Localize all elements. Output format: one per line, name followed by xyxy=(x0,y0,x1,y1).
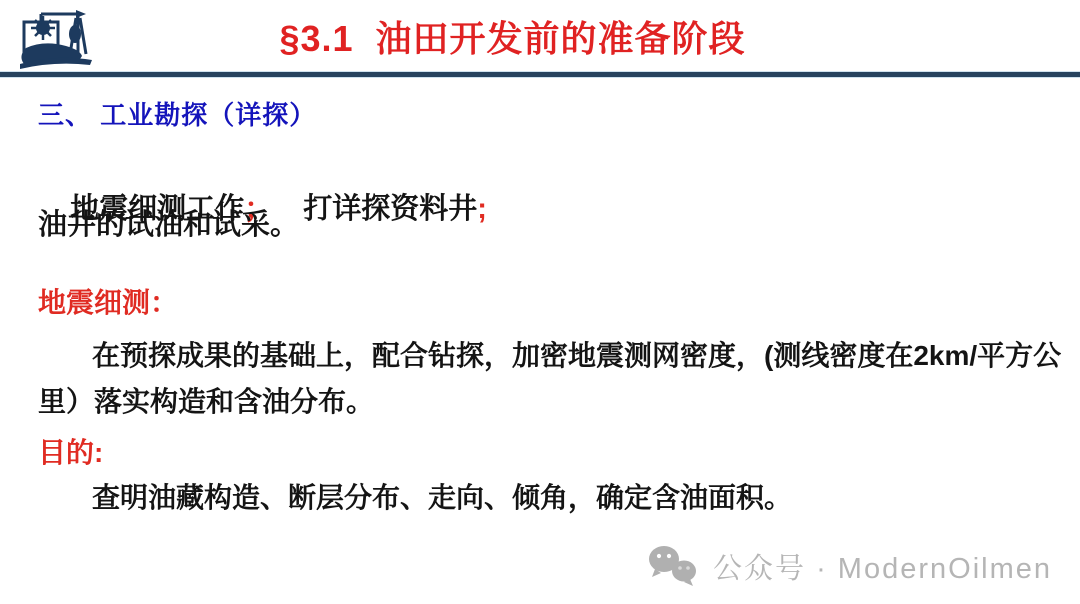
work-items-seg-wells: 打详探资料井 xyxy=(303,193,477,225)
watermark-text: 公众号 · ModernOilmen xyxy=(713,546,1052,587)
work-items-semicolon-2: ; xyxy=(477,193,487,225)
seismic-paragraph-line2: 里）落实构造和含油分布。 xyxy=(38,386,374,418)
presentation-slide: §3.1 油田开发前的准备阶段 三、 工业勘探（详探） 地震细测工作；打详探资料… xyxy=(0,0,1080,604)
header-divider xyxy=(0,72,1080,77)
purpose-heading: 目的: xyxy=(38,437,103,469)
seismic-paragraph-line1: 在预探成果的基础上，配合钻探，加密地震测网密度，(测线密度在2km/平方公 xyxy=(38,340,1061,372)
wechat-icon xyxy=(647,544,699,588)
slide-header: §3.1 油田开发前的准备阶段 xyxy=(0,0,1080,73)
watermark: 公众号 · ModernOilmen xyxy=(647,544,1052,588)
section-heading: 三、 工业勘探（详探） xyxy=(38,101,316,131)
seismic-heading: 地震细测： xyxy=(38,287,178,319)
purpose-text: 查明油藏构造、断层分布、走向、倾角，确定含油面积。 xyxy=(38,482,792,514)
work-items-line2: 油井的试油和试采。 xyxy=(38,209,299,242)
page-title: §3.1 油田开发前的准备阶段 xyxy=(0,0,1025,73)
